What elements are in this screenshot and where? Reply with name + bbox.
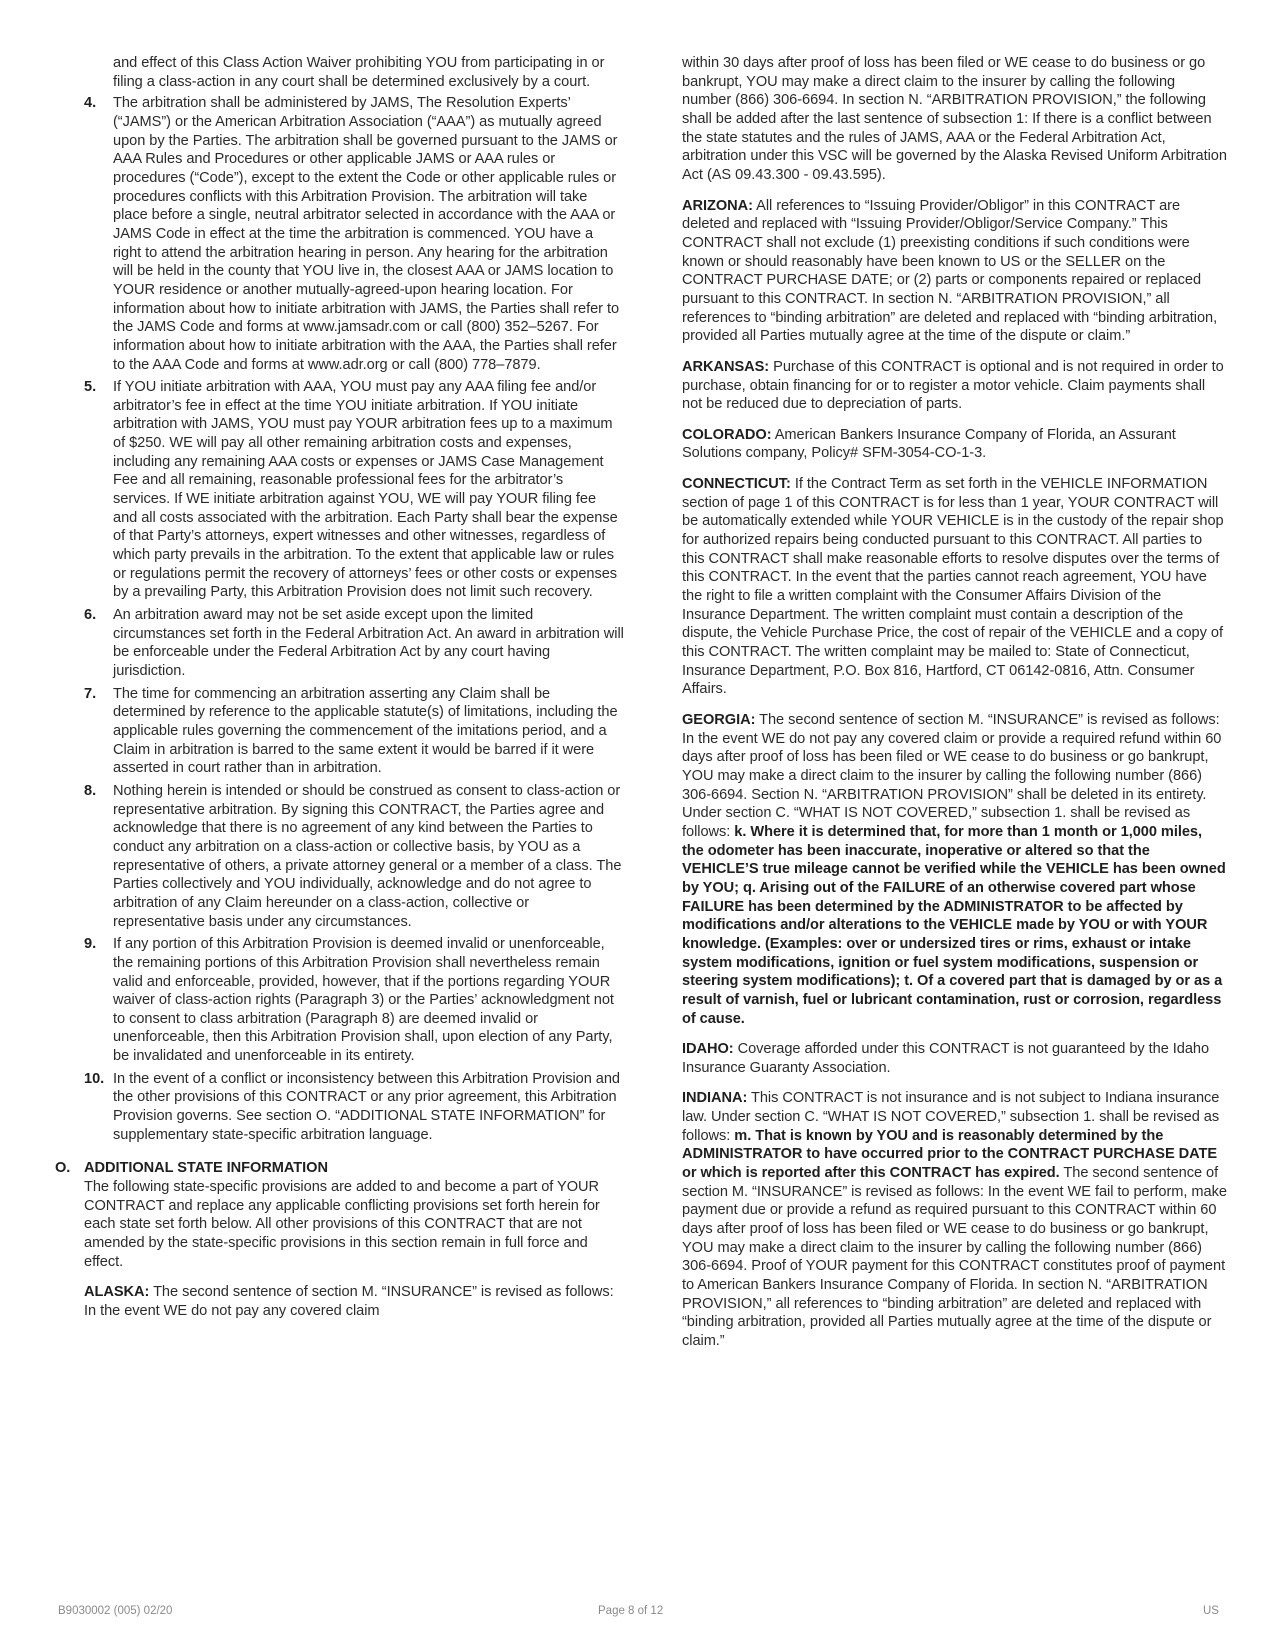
state-label: ARKANSAS:: [682, 359, 769, 375]
form-number: B9030002 (005) 02/20: [58, 1605, 172, 1617]
state-label: ALASKA:: [84, 1284, 149, 1300]
state-label: GEORGIA:: [682, 712, 755, 728]
right-column: within 30 days after proof of loss has b…: [682, 54, 1227, 1363]
state-provision-alaska-continued: within 30 days after proof of loss has b…: [682, 54, 1227, 185]
state-label: ARIZONA:: [682, 198, 753, 214]
item-number: 4.: [84, 94, 96, 113]
document-page: and effect of this Class Action Waiver p…: [0, 0, 1275, 1650]
state-label: CONNECTICUT:: [682, 476, 791, 492]
arbitration-provision-list: 4. The arbitration shall be administered…: [84, 94, 624, 1144]
section-o-heading: O.ADDITIONAL STATE INFORMATION: [55, 1159, 624, 1178]
item-number: 5.: [84, 378, 96, 397]
state-provision-alaska: ALASKA: The second sentence of section M…: [84, 1283, 624, 1320]
item-text: In the event of a conflict or inconsiste…: [113, 1071, 620, 1143]
state-provision-colorado: COLORADO: American Bankers Insurance Com…: [682, 426, 1227, 463]
item-text: If YOU initiate arbitration with AAA, YO…: [113, 379, 618, 600]
section-o-intro: The following state-specific provisions …: [84, 1178, 624, 1271]
item-text: If any portion of this Arbitration Provi…: [113, 936, 614, 1064]
item-text: The arbitration shall be administered by…: [113, 95, 619, 372]
list-item-10: 10. In the event of a conflict or incons…: [84, 1070, 624, 1145]
state-bold-text: k. Where it is determined that, for more…: [682, 824, 1226, 1027]
state-text: The second sentence of section M. “INSUR…: [84, 1284, 614, 1319]
region-code: US: [1203, 1605, 1219, 1617]
section-title: ADDITIONAL STATE INFORMATION: [84, 1160, 328, 1176]
section-letter: O.: [55, 1159, 84, 1178]
item-text: The time for commencing an arbitration a…: [113, 686, 618, 777]
state-provision-indiana: INDIANA: This CONTRACT is not insurance …: [682, 1089, 1227, 1350]
list-item-9: 9. If any portion of this Arbitration Pr…: [84, 935, 624, 1066]
list-item-6: 6. An arbitration award may not be set a…: [84, 606, 624, 681]
state-text-after: The second sentence of section M. “INSUR…: [682, 1165, 1227, 1349]
item-number: 8.: [84, 782, 96, 801]
state-text: If the Contract Term as set forth in the…: [682, 476, 1224, 697]
list-item-7: 7. The time for commencing an arbitratio…: [84, 685, 624, 778]
state-provision-connecticut: CONNECTICUT: If the Contract Term as set…: [682, 475, 1227, 699]
item-number: 6.: [84, 606, 96, 625]
list-item-5: 5. If YOU initiate arbitration with AAA,…: [84, 378, 624, 602]
state-label: IDAHO:: [682, 1041, 734, 1057]
state-label: COLORADO:: [682, 427, 772, 443]
state-provision-georgia: GEORGIA: The second sentence of section …: [682, 711, 1227, 1028]
left-column: and effect of this Class Action Waiver p…: [84, 54, 624, 1333]
item-number: 9.: [84, 935, 96, 954]
item-text: An arbitration award may not be set asid…: [113, 607, 624, 679]
item-text: Nothing herein is intended or should be …: [113, 783, 621, 930]
page-number: Page 8 of 12: [598, 1605, 663, 1617]
list-item-4: 4. The arbitration shall be administered…: [84, 94, 624, 374]
class-action-waiver-continuation: and effect of this Class Action Waiver p…: [84, 54, 624, 91]
state-text: The second sentence of section M. “INSUR…: [682, 712, 1221, 840]
item-number: 7.: [84, 685, 96, 704]
list-item-8: 8. Nothing herein is intended or should …: [84, 782, 624, 931]
state-text: Coverage afforded under this CONTRACT is…: [682, 1041, 1209, 1076]
state-provision-idaho: IDAHO: Coverage afforded under this CONT…: [682, 1040, 1227, 1077]
state-provision-arkansas: ARKANSAS: Purchase of this CONTRACT is o…: [682, 358, 1227, 414]
state-text: All references to “Issuing Provider/Obli…: [682, 198, 1217, 345]
item-number: 10.: [84, 1070, 104, 1089]
state-label: INDIANA:: [682, 1090, 747, 1106]
state-provision-arizona: ARIZONA: All references to “Issuing Prov…: [682, 197, 1227, 346]
